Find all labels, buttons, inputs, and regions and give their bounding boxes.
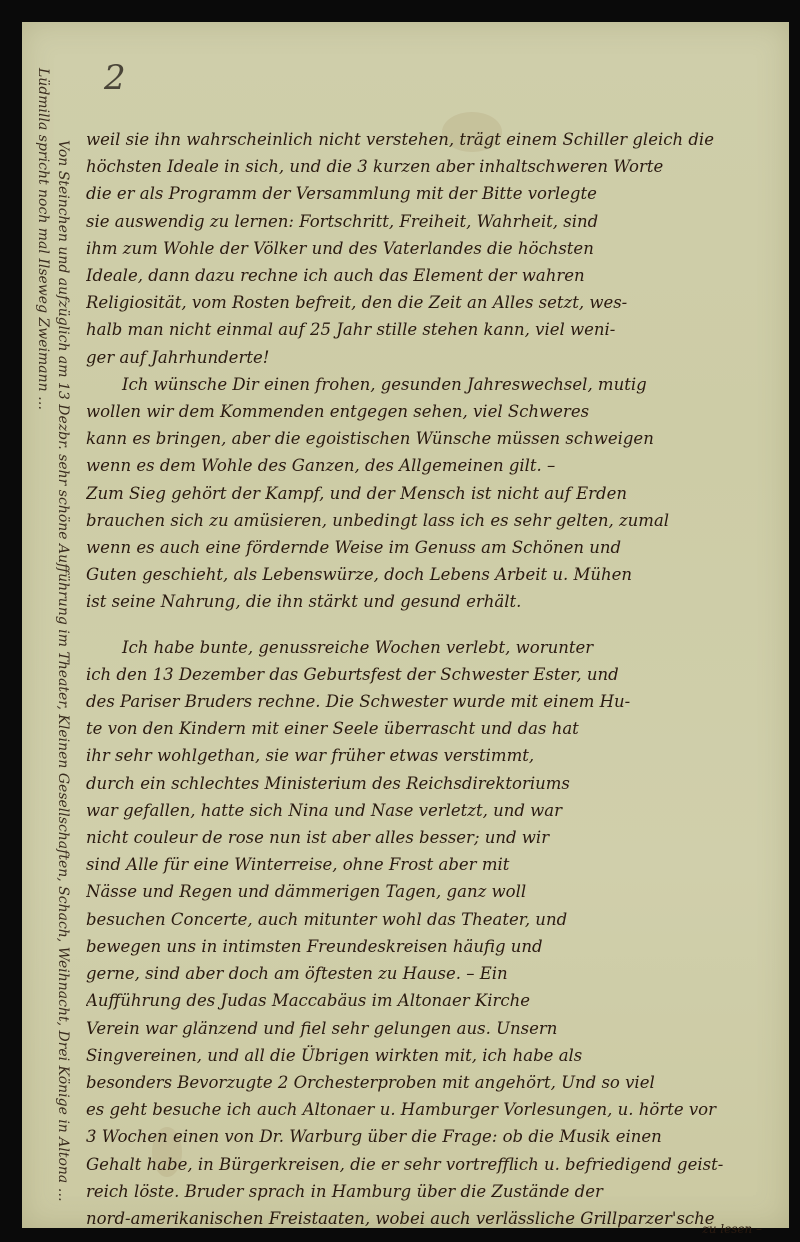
text-line: besonders Bevorzugte 2 Orchesterproben m… (86, 1069, 776, 1096)
footer-fragment: zu lesen – (702, 1222, 762, 1236)
text-line: besuchen Concerte, auch mitunter wohl da… (86, 906, 776, 933)
margin-annotation-line: Von Steinchen und aufzüglich am 13 Dezbr… (54, 140, 72, 1202)
text-line: Guten geschieht, als Lebenswürze, doch L… (86, 561, 776, 588)
text-line: Nässe und Regen und dämmerigen Tagen, ga… (86, 878, 776, 905)
text-line: wenn es dem Wohle des Ganzen, des Allgem… (86, 452, 776, 479)
text-line: bewegen uns in intimsten Freundeskreisen… (86, 933, 776, 960)
paragraph-new-year-wishes: Ich wünsche Dir einen frohen, gesunden J… (86, 371, 776, 616)
text-line: gerne, sind aber doch am öftesten zu Hau… (86, 960, 776, 987)
text-line: es geht besuche ich auch Altonaer u. Ham… (86, 1096, 776, 1123)
text-line: Ideale, dann dazu rechne ich auch das El… (86, 262, 776, 289)
text-line: Ich wünsche Dir einen frohen, gesunden J… (86, 371, 776, 398)
letter-body: weil sie ihn wahrscheinlich nicht verste… (86, 126, 776, 1232)
text-line: Verein war glänzend und fiel sehr gelung… (86, 1015, 776, 1042)
text-line: ich den 13 Dezember das Geburtsfest der … (86, 661, 776, 688)
text-line: Zum Sieg gehört der Kampf, und der Mensc… (86, 480, 776, 507)
paragraph-recent-weeks: Ich habe bunte, genussreiche Wochen verl… (86, 634, 776, 1232)
text-line: wollen wir dem Kommenden entgegen sehen,… (86, 398, 776, 425)
text-line: war gefallen, hatte sich Nina und Nase v… (86, 797, 776, 824)
text-line: ger auf Jahrhunderte! (86, 344, 776, 371)
text-line: weil sie ihn wahrscheinlich nicht verste… (86, 126, 776, 153)
text-line: nord-amerikanischen Freistaaten, wobei a… (86, 1205, 776, 1232)
text-line: höchsten Ideale in sich, und die 3 kurze… (86, 153, 776, 180)
text-line: nicht couleur de rose nun ist aber alles… (86, 824, 776, 851)
page-number: 2 (104, 58, 127, 98)
margin-annotation: Lüdmilla spricht noch mal Ilseweg Zweima… (34, 68, 84, 1218)
text-line: ist seine Nahrung, die ihn stärkt und ge… (86, 588, 776, 615)
margin-annotation-line: Lüdmilla spricht noch mal Ilseweg Zweima… (34, 68, 52, 410)
text-line: die er als Programm der Versammlung mit … (86, 180, 776, 207)
text-line: reich löste. Bruder sprach in Hamburg üb… (86, 1178, 776, 1205)
text-line: ihm zum Wohle der Völker und des Vaterla… (86, 235, 776, 262)
text-line: Aufführung des Judas Maccabäus im Altona… (86, 987, 776, 1014)
text-line: te von den Kindern mit einer Seele überr… (86, 715, 776, 742)
text-line: sind Alle für eine Winterreise, ohne Fro… (86, 851, 776, 878)
text-line: Religiosität, vom Rosten befreit, den di… (86, 289, 776, 316)
text-line: 3 Wochen einen von Dr. Warburg über die … (86, 1123, 776, 1150)
text-line: Gehalt habe, in Bürgerkreisen, die er se… (86, 1151, 776, 1178)
text-line: halb man nicht einmal auf 25 Jahr stille… (86, 316, 776, 343)
text-line: Ich habe bunte, genussreiche Wochen verl… (86, 634, 776, 661)
text-line: brauchen sich zu amüsieren, unbedingt la… (86, 507, 776, 534)
text-line: Singvereinen, und all die Übrigen wirkte… (86, 1042, 776, 1069)
text-line: wenn es auch eine fördernde Weise im Gen… (86, 534, 776, 561)
scan-frame: 2 Lüdmilla spricht noch mal Ilseweg Zwei… (0, 0, 800, 1242)
text-line: sie auswendig zu lernen: Fortschritt, Fr… (86, 208, 776, 235)
text-line: kann es bringen, aber die egoistischen W… (86, 425, 776, 452)
text-line: des Pariser Bruders rechne. Die Schweste… (86, 688, 776, 715)
text-line: ihr sehr wohlgethan, sie war früher etwa… (86, 742, 776, 769)
text-line: durch ein schlechtes Ministerium des Rei… (86, 770, 776, 797)
paragraph-ideals: weil sie ihn wahrscheinlich nicht verste… (86, 126, 776, 371)
